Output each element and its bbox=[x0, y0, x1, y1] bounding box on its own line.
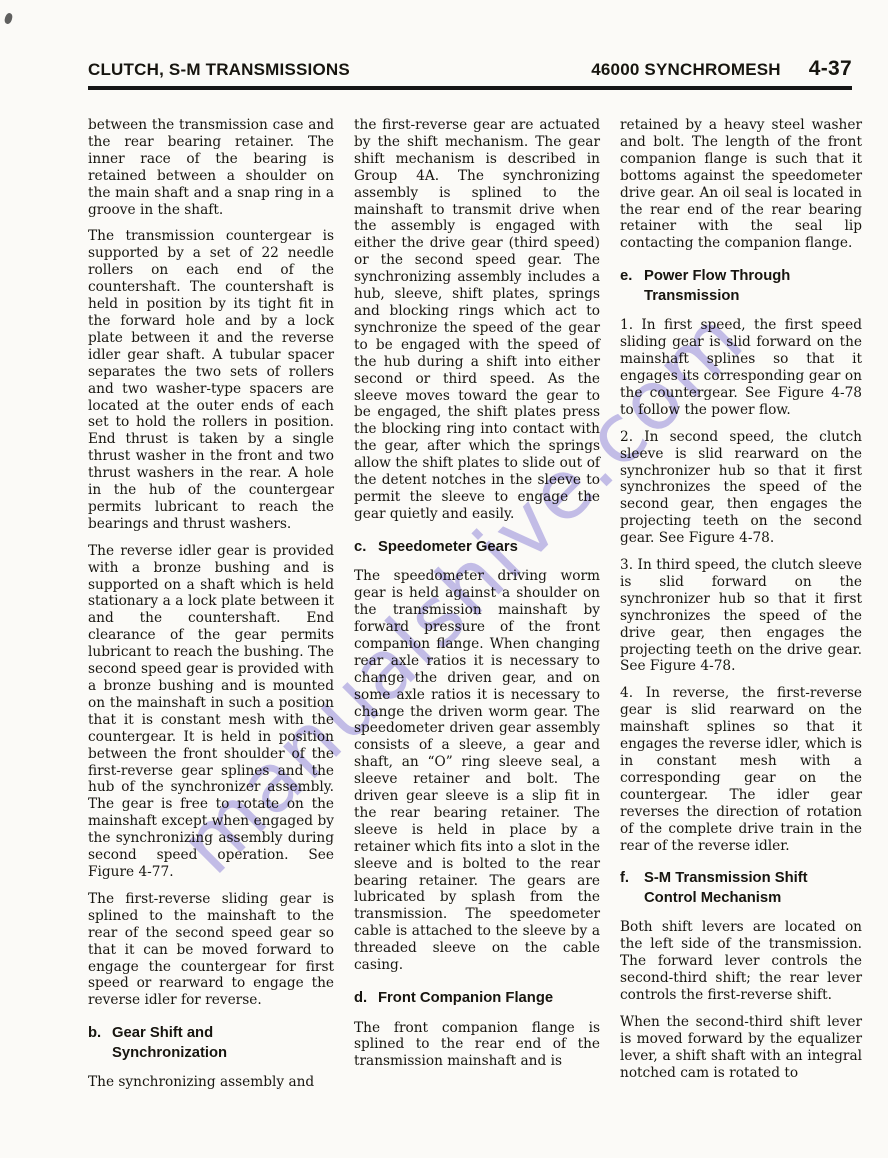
paragraph: The front companion flange is splined to… bbox=[354, 1020, 600, 1071]
section-heading-f: f. S-M Transmission Shift Control Mechan… bbox=[620, 869, 862, 908]
paragraph: 1. In first speed, the first speed slidi… bbox=[620, 317, 862, 418]
paragraph: 4. In reverse, the first-reverse gear is… bbox=[620, 685, 862, 854]
section-letter: f. bbox=[620, 869, 635, 908]
paragraph: between the transmission case and the re… bbox=[88, 117, 334, 218]
column-3: retained by a heavy steel washer and bol… bbox=[620, 117, 862, 1101]
paragraph: When the second-third shift lever is mov… bbox=[620, 1014, 862, 1082]
section-letter: c. bbox=[354, 538, 369, 558]
paragraph: 3. In third speed, the clutch sleeve is … bbox=[620, 557, 862, 675]
section-letter: d. bbox=[354, 989, 369, 1009]
header-left-title: CLUTCH, S-M TRANSMISSIONS bbox=[88, 60, 350, 80]
paragraph: The first-reverse sliding gear is spline… bbox=[88, 891, 334, 1009]
section-title: Speedometer Gears bbox=[378, 538, 518, 558]
paragraph: The speedometer driving worm gear is hel… bbox=[354, 568, 600, 974]
section-heading-c: c. Speedometer Gears bbox=[354, 538, 600, 558]
text-columns: between the transmission case and the re… bbox=[0, 90, 888, 1101]
paragraph: retained by a heavy steel washer and bol… bbox=[620, 117, 862, 252]
paragraph: the first-reverse gear are actuated by t… bbox=[354, 117, 600, 523]
section-heading-e: e. Power Flow Through Transmission bbox=[620, 267, 862, 306]
header-right: 46000 SYNCHROMESH 4-37 bbox=[591, 57, 852, 81]
paragraph: The synchronizing assembly and bbox=[88, 1074, 334, 1091]
paragraph: The reverse idler gear is provided with … bbox=[88, 543, 334, 881]
paragraph: Both shift levers are located on the lef… bbox=[620, 919, 862, 1004]
section-title: Front Companion Flange bbox=[378, 989, 553, 1009]
header-right-title: 46000 SYNCHROMESH bbox=[591, 60, 781, 80]
page-header: CLUTCH, S-M TRANSMISSIONS 46000 SYNCHROM… bbox=[88, 57, 852, 81]
page-number: 4-37 bbox=[809, 57, 852, 81]
column-2: the first-reverse gear are actuated by t… bbox=[354, 117, 600, 1101]
section-heading-b: b. Gear Shift and Synchronization bbox=[88, 1024, 334, 1063]
section-title: Power Flow Through Transmission bbox=[644, 267, 790, 306]
section-letter: e. bbox=[620, 267, 635, 306]
section-title: Gear Shift and Synchronization bbox=[112, 1024, 227, 1063]
section-title: S-M Transmission Shift Control Mechanism bbox=[644, 869, 808, 908]
print-speck bbox=[3, 12, 13, 25]
column-1: between the transmission case and the re… bbox=[88, 117, 334, 1101]
paragraph: The transmission countergear is supporte… bbox=[88, 228, 334, 532]
section-letter: b. bbox=[88, 1024, 103, 1063]
section-heading-d: d. Front Companion Flange bbox=[354, 989, 600, 1009]
paragraph: 2. In second speed, the clutch sleeve is… bbox=[620, 429, 862, 547]
